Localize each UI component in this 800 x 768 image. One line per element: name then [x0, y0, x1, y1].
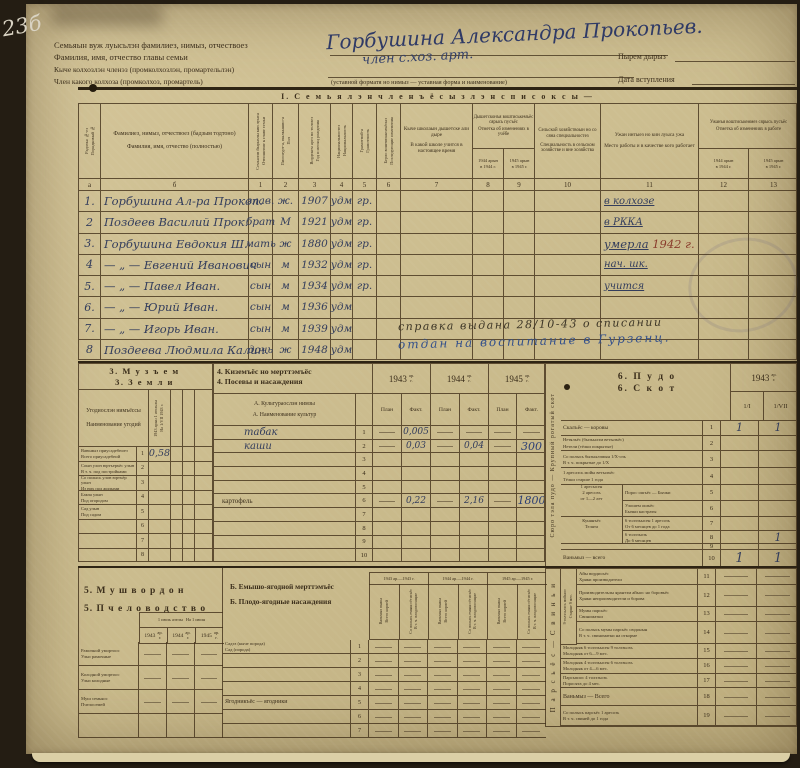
label-udm: Сад улын — [81, 506, 99, 511]
label-udm: Колодной умортоос — [81, 672, 120, 677]
label: Со полысь улон юртъёр улынИз них под жил… — [79, 476, 136, 491]
cattle-value-1I — [721, 485, 759, 501]
crop-plan-value — [373, 536, 402, 550]
label-udm: Берло воштиськемъёсыз — [383, 118, 388, 164]
col-head-c11: Ужан интыез но кин луыса ужаМесто работы… — [601, 104, 699, 179]
member-birth-year: 1948 — [299, 340, 331, 360]
bees-row-label: Муш семьяосПчелосемей — [79, 690, 139, 714]
land-head-col2 — [171, 390, 183, 447]
land-value-1943 — [149, 476, 171, 491]
orchard-value — [428, 696, 458, 710]
member-changes — [377, 234, 401, 255]
scanned-household-register-page: { "page": { "corner_number": "23б" }, "h… — [0, 0, 800, 768]
orchard-rows: Садэз (кыче порода)Сад (порода)1234Ягодн… — [223, 640, 546, 738]
crops-year-head: 1944ар.г. — [431, 364, 489, 394]
orchard-row-number: 2 — [351, 654, 369, 668]
member-work-1944 — [699, 191, 749, 212]
label-udm: Муш семьяос — [81, 696, 108, 701]
crop-plan-value — [373, 467, 402, 481]
crop-fact-value: 300 — [517, 440, 545, 454]
label-rus: Пол — [286, 137, 291, 145]
subhead-total: Ваньмыз выжыВсего корней — [429, 584, 459, 640]
member-nationality: удм — [331, 297, 353, 318]
head-label-udm-2: Кыче колхозлэн членэз (промколхозлэн, пр… — [54, 65, 234, 74]
label-rus: Наименование угодий — [86, 422, 141, 428]
label-rus: Свиноматки — [579, 614, 603, 619]
crop-plan-value — [489, 494, 517, 508]
land-value-4 — [195, 476, 213, 491]
orchard-row-label: Садэз (кыче порода)Сад (порода) — [223, 640, 351, 654]
label-vertical: Ваньмыз выжыВсего корней — [379, 584, 389, 639]
member-speciality — [535, 276, 601, 297]
orchard-row-label — [223, 710, 351, 724]
cattle-value-1I — [721, 436, 759, 452]
land-value-3 — [183, 447, 195, 462]
year-units: ар.г. — [467, 374, 472, 384]
col-head-c5: Грамотной-аГрамотность — [353, 104, 377, 179]
crop-plan-value — [373, 453, 402, 467]
orchard-value — [428, 724, 458, 738]
land-title: 3. М у з ъ е м 3. З е м л и — [80, 366, 209, 387]
cattle-value-1I — [721, 531, 759, 544]
member-edu-1944 — [473, 276, 504, 297]
member-relation: сын — [249, 255, 273, 276]
member-work-1945 — [749, 234, 797, 255]
land-row-label: Бакча улынПод огородом — [79, 491, 137, 506]
member-work-1944 — [699, 234, 749, 255]
year-label: 1943ар.г. — [389, 374, 414, 384]
col-head-name: Фамилиез, нимыз, отчествоез (бадзым тодт… — [101, 104, 249, 179]
year-units: ар.г. — [157, 631, 162, 641]
label: Парсьпиос 4 толэзьозьПоросята до 4 мес. — [561, 675, 697, 686]
crop-plan-value — [373, 549, 402, 562]
crop-plan-value — [431, 481, 460, 495]
label-udm: Парсьпиос 4 толэзьозь — [563, 675, 607, 680]
orchard-row-label — [223, 654, 351, 668]
label-udm: А. Культураослэн нимзы — [254, 401, 315, 407]
pig-row-number: 19 — [698, 706, 716, 726]
land-value-3 — [183, 534, 195, 549]
label-rus: в 1945 г. — [512, 164, 528, 169]
member-work-1944 — [699, 297, 749, 318]
crops-title: 4. Киземъёс но мерттэмъёс 4. Посевы и на… — [217, 367, 369, 387]
member-work-1945 — [749, 297, 797, 318]
crop-plan-value — [431, 536, 460, 550]
member-number: 5. — [79, 276, 101, 297]
crop-plan-value — [489, 481, 517, 495]
crop-plan-value — [431, 426, 460, 440]
col-head-c3: Вордскем арез но толэзезГод и месяц рожд… — [299, 104, 331, 179]
label-rus: Молодняк от 6—9 мес. — [563, 651, 608, 656]
bees-row: Рамочной умортоосУльи рамочные — [79, 642, 223, 666]
cattle-row-number: 5 — [703, 485, 721, 501]
subhead-bearing: Со полысь емыш сётисьёсВ т. ч. плодонося… — [518, 584, 548, 640]
land-value-2 — [171, 520, 183, 535]
label: 1945 арынв 1945 г. — [749, 158, 797, 169]
crop-number: 10 — [356, 549, 373, 562]
member-number: 7. — [79, 319, 101, 340]
orchard-value — [458, 668, 488, 682]
land-value-1943 — [149, 520, 171, 535]
pig-row-number: 11 — [698, 569, 716, 585]
orchard-value — [399, 710, 429, 724]
orchard-row: 2 — [223, 654, 546, 668]
crop-plan-value — [373, 494, 402, 508]
member-relation: сын — [249, 276, 273, 297]
member-number: 2 — [79, 212, 101, 233]
cattle-group-cell — [561, 501, 623, 517]
member-changes — [377, 212, 401, 233]
pig-row-number: 17 — [698, 674, 716, 689]
crop-number: 6 — [356, 494, 373, 508]
land-value-3 — [183, 462, 195, 477]
crop-row: 4 — [214, 467, 544, 481]
crop-fact-value — [460, 536, 489, 550]
col-head-c2: Пиосмурт-а, нылкышно-аПол — [273, 104, 299, 179]
orchard-value — [428, 640, 458, 654]
member-speciality — [535, 212, 601, 233]
cattle-row-label: Нетяльёс (бызьылэм ветылъёс)Нетели (тёлк… — [561, 436, 703, 452]
orchard-value — [517, 710, 547, 724]
cattle-value-1VII: 1 — [759, 531, 797, 544]
label-vertical: Со полысь емыш сётисьёсВ т. ч. плодонося… — [409, 584, 419, 639]
member-work-1944 — [699, 319, 749, 340]
pig-value-2 — [757, 674, 797, 689]
land-row: Соын улон юртъеръёс улынВ т. ч. под пост… — [79, 462, 212, 477]
orchard-title-udm: Б. Емышо-ягодной мерттэмъёс — [230, 582, 334, 591]
bees-row-label: Рамочной умортоосУльи рамочные — [79, 642, 139, 666]
label-rus: До 6 месяцев — [625, 538, 651, 543]
land-table: Угодиослэн нимъёссыНаименование угодий19… — [78, 363, 213, 562]
orchard-row: 3 — [223, 668, 546, 682]
crop-number: 7 — [356, 508, 373, 522]
crop-fact-value — [402, 549, 431, 562]
head-label-rus-2: Член какого колхоза (промколхоз, промарт… — [54, 77, 203, 86]
cattle-row-number: 4 — [703, 468, 721, 485]
member-number: 6. — [79, 297, 101, 318]
label-udm: Со полысь улон юртъёр улын — [81, 476, 136, 485]
pig-row: Со полысь мумы парсьёс сюдонынВ т. ч. св… — [561, 622, 797, 644]
member-sex: ж — [273, 340, 299, 360]
pig-row-label: Ваньмыз — Всего — [561, 688, 698, 706]
cattle-col-1I: 1/I — [731, 392, 764, 420]
orchard-row: Ягодникъёс — ягодники5 — [223, 696, 546, 710]
index-cell: 9 — [504, 179, 535, 191]
land-row: Со полысь улон юртъёр улынИз них под жил… — [79, 476, 212, 491]
label-vertical: НациональностезНациональность — [336, 104, 347, 178]
label-udm: Скалъёс — коровы — [563, 425, 608, 431]
label: Угодиослэн нимъёссыНаименование угодий — [79, 408, 148, 429]
land-value-1943 — [149, 505, 171, 520]
crop-fact-value — [460, 481, 489, 495]
member-speciality — [535, 297, 601, 318]
member-birth-year: 1921 — [299, 212, 331, 233]
group-label: Дышетсконъя воштиськемъёс сярысь пусъёсО… — [473, 104, 534, 149]
land-value-1943 — [149, 534, 171, 549]
label: 6 толэзьозьДо 6 месяцев — [623, 532, 702, 543]
member-speciality — [535, 234, 601, 255]
member-name: Поздеев Василий Прок. — [101, 212, 249, 233]
member-literacy: гр. — [353, 191, 377, 212]
crop-plan-value — [431, 467, 460, 481]
label: Дышетсконъя воштиськемъёс сярысь пусъёсО… — [473, 115, 534, 137]
pig-row-label: Со полысь мумы парсьёс сюдонынВ т. ч. св… — [577, 622, 698, 644]
crop-fact-value — [460, 453, 489, 467]
pig-value-2 — [757, 622, 797, 644]
work-text: умерла — [604, 237, 649, 251]
label-rus: Год и месяц рождения — [315, 120, 320, 161]
group-line: 1 аресысен — [581, 485, 603, 489]
bees-value — [167, 714, 195, 738]
label-udm: 1 ареслэсь мойы ветылъёс — [563, 470, 614, 475]
cattle-group-cell — [561, 531, 623, 544]
label-rus: В т. ч. свиней до 1 года — [563, 716, 608, 721]
index-cell: 1 — [249, 179, 273, 191]
crop-plan-value — [373, 481, 402, 495]
label: Улошем ошъёсБычки кастраты — [623, 503, 702, 514]
label-udm: 1945 арын — [510, 158, 530, 163]
pig-value-2 — [757, 569, 797, 585]
crop-name: табак — [214, 426, 356, 440]
crop-row: 8 — [214, 522, 544, 536]
label-udm: Сельской хозяйствоын но со сяна специаль… — [535, 128, 600, 139]
member-relation: сын — [249, 319, 273, 340]
crops-title-udm: 4. Киземъёс но мерттэмъёс — [217, 367, 312, 376]
year-label: 1943ар.г. — [751, 373, 776, 383]
crop-plan-value — [431, 508, 460, 522]
orchard-row-number: 3 — [351, 668, 369, 682]
cattle-value-1VII — [759, 468, 797, 485]
orchard-value — [399, 724, 429, 738]
land-row-label — [79, 534, 137, 549]
crop-number: 2 — [356, 440, 373, 454]
pig-value-1 — [716, 622, 757, 644]
label: Со полысь парсьёс 1 аресозьВ т. ч. свине… — [561, 710, 697, 721]
crop-fact-value — [517, 481, 545, 495]
crop-name — [214, 536, 356, 550]
crop-name — [214, 549, 356, 562]
pigs-strip-label: П а р с ь ё с — С в и н ь и — [549, 582, 557, 712]
member-work-1945 — [749, 212, 797, 233]
work-text: нач. шк. — [604, 259, 648, 270]
land-head-1943: 1943 арын 1 июльлыНа 1/VII 1943 г. — [149, 390, 171, 447]
crop-fact-value: 0,03 — [402, 440, 431, 454]
cattle-row: Ваньмыз — всего1011 — [561, 550, 797, 567]
land-row-label — [79, 549, 137, 563]
label-rus: В т. ч. плодоносящие — [414, 593, 419, 629]
member-row: 4— „ — Евгений Ивановичсынм1932удмгр.нач… — [79, 255, 796, 276]
label: Производительлы ярантэм айыос но боровъё… — [577, 590, 697, 601]
member-row: 1.Горбушина Ал-ра Прокоп.глав.ж.1907удмг… — [79, 191, 796, 212]
cattle-row-label: Улошем ошъёсБычки кастраты — [623, 501, 703, 517]
orchard-row-number: 7 — [351, 724, 369, 738]
pig-value-2 — [757, 659, 797, 674]
label-rus: Старше 9 мес. — [569, 594, 574, 618]
label: Колодной умортоосУльи колодные — [79, 672, 138, 683]
label-udm: 1945 арын — [764, 158, 784, 163]
cattle-row-label: Со полысь бызьылэмын 1/X-озьВ т. ч. покр… — [561, 451, 703, 468]
orchard-value — [369, 696, 399, 710]
label-rus: Фамилия, имя, отчество (полностью) — [127, 144, 222, 151]
orchard-value — [458, 710, 488, 724]
orchard-value — [369, 682, 399, 696]
year-value: 1944 — [172, 633, 183, 639]
cattle-row: Нетяльёс (бызьылэм ветылъёс)Нетели (тёлк… — [561, 436, 797, 452]
member-name: Горбушина Евдокия Ш. — [101, 234, 249, 255]
cattle-row-number: 7 — [703, 517, 721, 532]
cattle-value-1VII — [759, 451, 797, 468]
member-birth-year: 1880 — [299, 234, 331, 255]
year-label: 1945ар.г. — [201, 631, 219, 641]
index-cell: б — [101, 179, 249, 191]
member-changes — [377, 276, 401, 297]
member-literacy — [353, 340, 377, 360]
crop-fact-value — [517, 536, 545, 550]
orchard-row-label — [223, 668, 351, 682]
group-line: 2 аресозь — [582, 490, 600, 495]
bees-value — [195, 666, 223, 690]
orchard-row: 7 — [223, 724, 546, 738]
orchard-value — [487, 640, 517, 654]
crop-name — [214, 522, 356, 536]
cattle-value-1I — [721, 451, 759, 468]
year-value: 1943 — [389, 374, 407, 384]
field-underline — [692, 84, 795, 85]
land-value-2 — [171, 534, 183, 549]
pig-row: Производительлы ярантэм айыос но боровъё… — [561, 585, 797, 607]
label-rus: Порядковый № — [90, 126, 95, 155]
label: Порос ошъёс — Бычки — [623, 490, 702, 495]
pig-value-2 — [757, 607, 797, 623]
orchard-value — [517, 654, 547, 668]
cattle-value-1I — [721, 501, 759, 517]
member-edu-1945 — [504, 297, 535, 318]
orchard-value — [517, 696, 547, 710]
col-head-c1213: Ужанъя воштиськеммез сярысь пусъёсОтметк… — [699, 104, 797, 179]
label-rus: в 1944 г. — [716, 164, 732, 169]
pigs-strip: П а р с ь ё с — С в и н ь и — [546, 569, 561, 726]
label-udm: Рамочной умортоос — [81, 648, 120, 653]
member-name: — „ — Павел Иван. — [101, 276, 249, 297]
pig-value-1 — [716, 607, 757, 623]
label: Нетяльёс (бызьылэм ветылъёс)Нетели (тёлк… — [561, 437, 702, 448]
orchard-value — [399, 696, 429, 710]
section1-title: I. С е м ь я л э н ч л е н ъ ё с ы з л э… — [78, 92, 797, 101]
work-text-red: 1942 г. — [649, 237, 695, 251]
bees-value — [195, 642, 223, 666]
label: Рамочной умортоосУльи рамочные — [79, 648, 138, 659]
label-udm: Улошем ошъёс — [625, 503, 654, 508]
member-edu-1945 — [504, 276, 535, 297]
label-udm: Ваньмыз приусадебноез — [81, 448, 128, 453]
cattle-row-label: Ваньмыз — всего — [561, 550, 703, 567]
crop-fact-value: 2,16 — [460, 494, 489, 508]
label-udm: Вордскем арез но толэзез — [309, 117, 314, 164]
bees-row — [79, 714, 223, 738]
label-rus: На 1 июля — [186, 618, 205, 623]
cattle-row: 1 аресысен2 аресозьот 1—2 летПорос ошъёс… — [561, 485, 797, 501]
label-rus: Последующие изменения — [389, 117, 394, 165]
pig-row-label: Айы вордисьёсХряки производители — [577, 569, 698, 585]
label-rus: На 1/VII 1943 г. — [160, 404, 165, 432]
label: 6 толэзьысен 1 аресозьОт 6 месяцев до 1 … — [623, 518, 702, 529]
crop-fact-value — [402, 536, 431, 550]
crop-plan-value — [373, 426, 402, 440]
label-vertical: Грамотной-аГрамотность — [359, 104, 370, 178]
orchard-value — [458, 724, 488, 738]
member-work-1944 — [699, 276, 749, 297]
joined-label-udm: Пырем дырыз — [618, 52, 666, 61]
label: Молодняк 4 толэзьысен 6 толэзьозьМолодня… — [561, 660, 697, 671]
crops-table: 1943ар.г.1944ар.г.1945ар.г.А. Культураос… — [213, 363, 545, 562]
field-underline — [328, 77, 634, 78]
member-birth-year: 1934 — [299, 276, 331, 297]
orchard-value — [517, 668, 547, 682]
crop-fact-value — [517, 522, 545, 536]
cattle-row: Улошем ошъёсБычки кастраты6 — [561, 501, 797, 517]
crop-fact-value — [460, 549, 489, 562]
crop-number: 9 — [356, 536, 373, 550]
col-head-c1: Семьялэн йырызлы кин луысаОтношение к гл… — [249, 104, 273, 179]
pig-row-label: Парсьпиос 4 толэзьозьПоросята до 4 мес. — [561, 674, 698, 689]
member-edu-1944 — [473, 255, 504, 276]
cattle-row: Скалъёс — коровы111 — [561, 421, 797, 436]
crop-fact-value — [402, 508, 431, 522]
fact-head: Факт. — [517, 394, 545, 426]
pig-row: Со полысь парсьёс 1 аресозьВ т. ч. свине… — [561, 706, 797, 726]
land-header-row: Угодиослэн нимъёссыНаименование угодий19… — [79, 390, 212, 447]
member-school — [401, 276, 473, 297]
pig-row: Молодняк 4 толэзьысен 6 толэзьозьМолодня… — [561, 659, 797, 674]
label-rus: Хряки непроизводители и борова — [579, 596, 644, 601]
member-name: — „ — Игорь Иван. — [101, 319, 249, 340]
crop-number: 4 — [356, 467, 373, 481]
crop-name — [214, 453, 356, 467]
cattle-value-1I — [721, 468, 759, 485]
label-rus: Всего приусадебной — [81, 454, 120, 459]
orchard-value — [517, 724, 547, 738]
land-value-1943 — [149, 549, 171, 563]
orchard-value — [369, 640, 399, 654]
pig-row-number: 18 — [698, 688, 716, 706]
label-vertical: Берло воштиськемъёсызПоследующие изменен… — [383, 104, 394, 178]
label: Сельской хозяйствоын но со сяна специаль… — [535, 128, 600, 153]
work-text: в колхозе — [604, 196, 654, 207]
crop-plan-value — [431, 440, 460, 454]
cattle-row-number: 6 — [703, 501, 721, 517]
member-number: 1. — [79, 191, 101, 212]
index-cell: 3 — [299, 179, 331, 191]
orchard-title-rus: Б. Плодо-ягодные насаждения — [230, 597, 331, 606]
index-cell: 10 — [535, 179, 601, 191]
label: Скалъёс — коровы — [561, 425, 702, 431]
member-edu-1945 — [504, 234, 535, 255]
label-rus: Под огородом — [81, 498, 108, 503]
member-work-1944 — [699, 255, 749, 276]
land-row-label: Ваньмыз приусадебноезВсего приусадебной — [79, 447, 137, 462]
year-units: ар.г. — [409, 374, 414, 384]
member-birth-year: 1939 — [299, 319, 331, 340]
cattle-row: Со полысь бызьылэмын 1/X-озьВ т. ч. покр… — [561, 451, 797, 468]
label-udm: Кыче школаын дышетске али дыре — [401, 127, 472, 139]
orchard-value — [487, 682, 517, 696]
crop-plan-value — [431, 494, 460, 508]
group-line: Кунянъёс — [582, 518, 601, 523]
crop-fact-value — [517, 549, 545, 562]
member-workplace: учится — [601, 276, 699, 297]
unit-rus: г. — [771, 378, 776, 383]
land-title-rus: 3. З е м л и — [115, 377, 174, 387]
